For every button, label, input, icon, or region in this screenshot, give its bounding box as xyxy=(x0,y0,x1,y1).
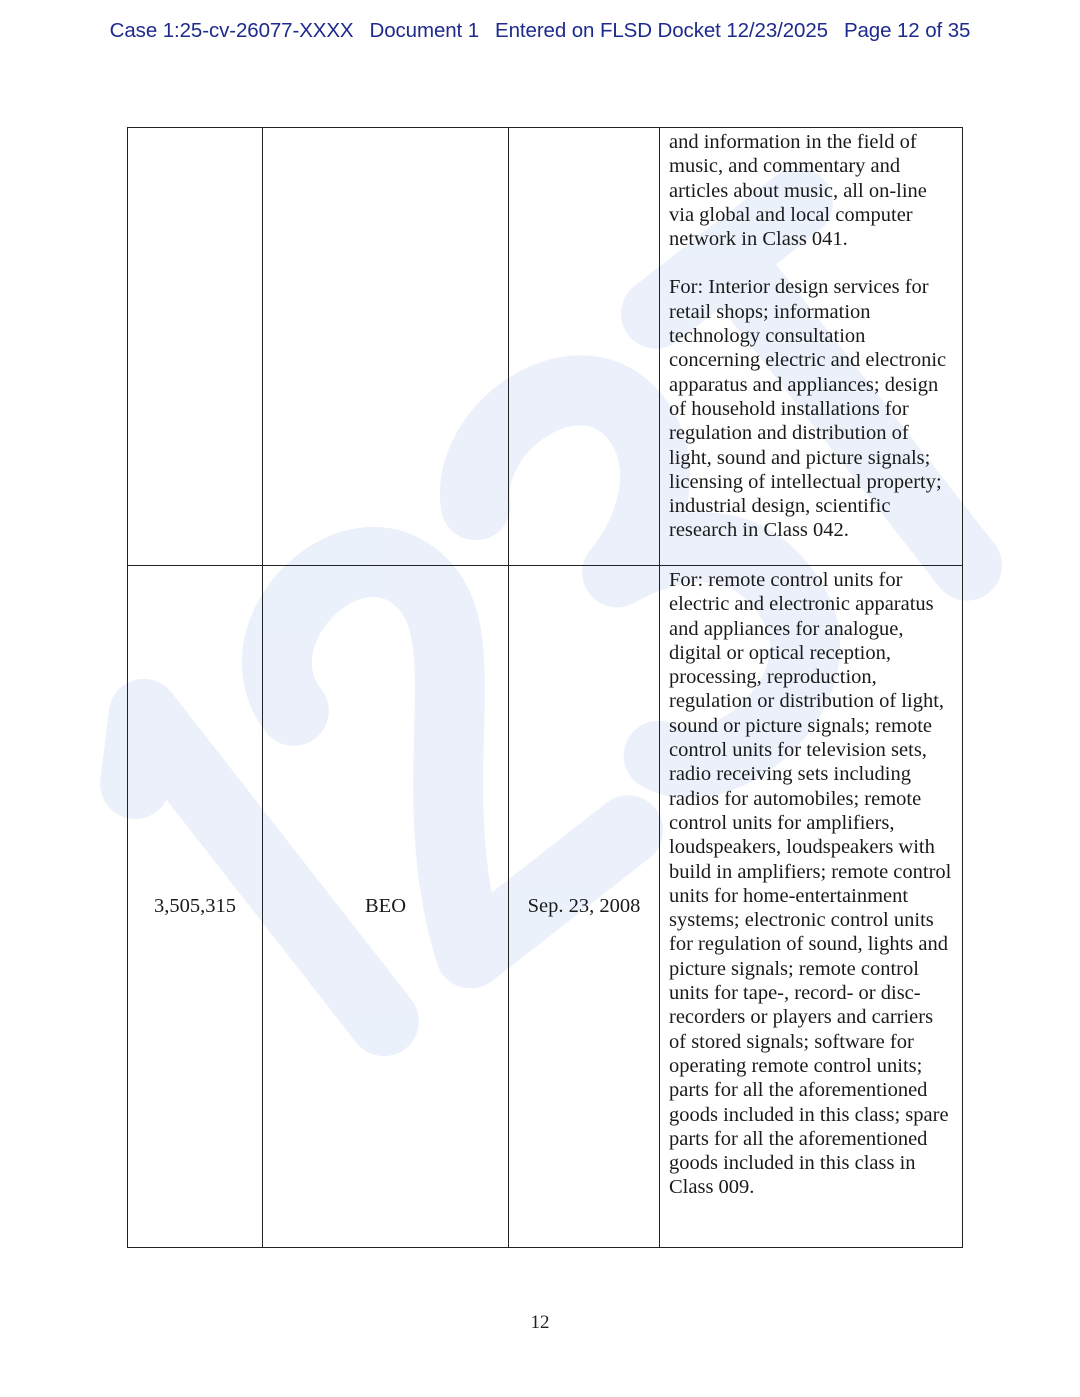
goods-services-cell: and information in the field of music, a… xyxy=(660,128,963,566)
mark-cell: BEO xyxy=(263,566,509,1248)
docket-entry: Entered on FLSD Docket 12/23/2025 xyxy=(495,19,828,42)
docket-header: Case 1:25-cv-26077-XXXXDocument 1Entered… xyxy=(0,19,1080,43)
registration-number-cell: 3,505,315 xyxy=(128,566,263,1248)
page-number: 12 xyxy=(0,1312,1080,1334)
registration-date-cell xyxy=(509,128,660,566)
case-number: Case 1:25-cv-26077-XXXX xyxy=(110,19,354,42)
trademark-table: and information in the field of music, a… xyxy=(127,127,963,1248)
goods-services-paragraph: and information in the field of music, a… xyxy=(669,130,954,251)
page-indicator: Page 12 of 35 xyxy=(844,19,970,42)
table-row: and information in the field of music, a… xyxy=(128,128,963,566)
goods-services-paragraph: For: Interior design services for retail… xyxy=(669,275,954,542)
document-number: Document 1 xyxy=(370,19,480,42)
registration-date-cell: Sep. 23, 2008 xyxy=(509,566,660,1248)
goods-services-paragraph: For: remote control units for electric a… xyxy=(669,568,954,1200)
registration-number-cell xyxy=(128,128,263,566)
table-row: 3,505,315 BEO Sep. 23, 2008 For: remote … xyxy=(128,566,963,1248)
mark-cell xyxy=(263,128,509,566)
goods-services-cell: For: remote control units for electric a… xyxy=(660,566,963,1248)
